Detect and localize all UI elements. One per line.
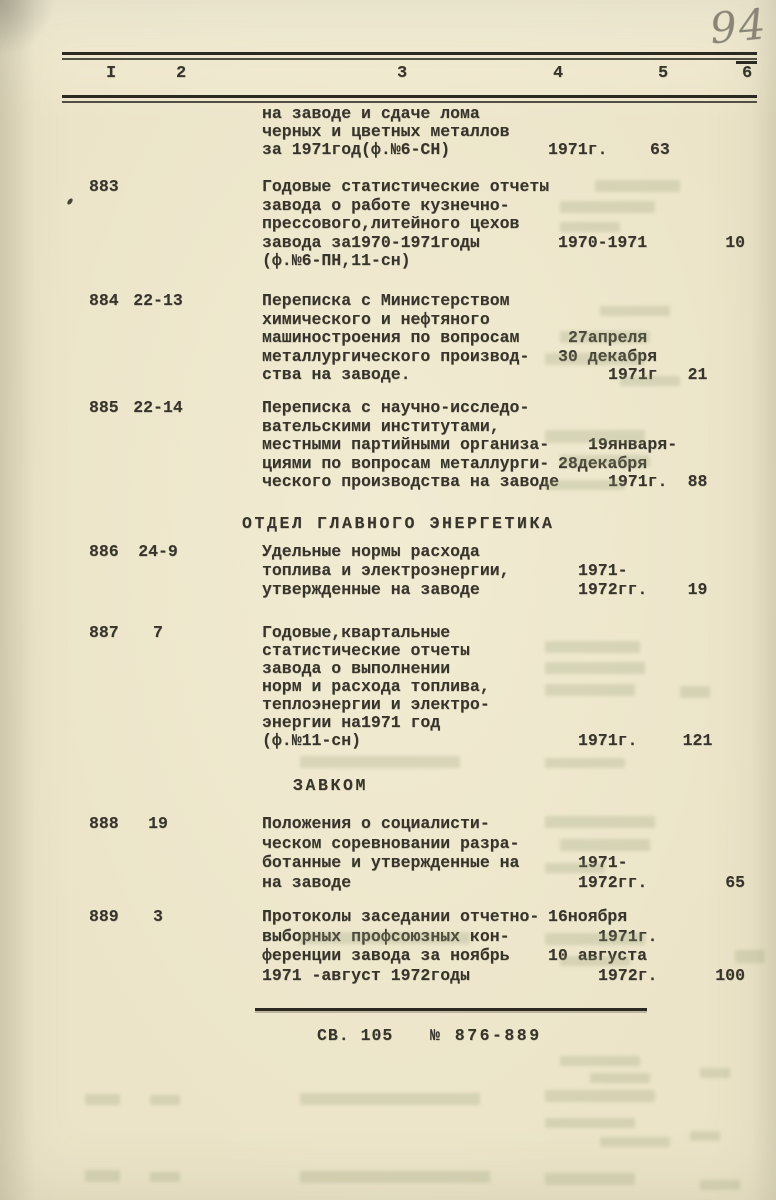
section-heading-factory-committee: ЗАВКОМ xyxy=(293,776,368,795)
sheet-count-cell: 19 xyxy=(650,580,745,599)
page-number-handwritten: 94 xyxy=(708,0,770,53)
date-cell: 1970-1971 xyxy=(558,233,647,252)
entry-line: местными партийными организа-19января- xyxy=(0,435,776,454)
description-line: химического и нефтяного xyxy=(262,310,490,329)
description-line: (ф.№11-сн) xyxy=(262,731,361,750)
column-header-2: 2 xyxy=(176,64,186,83)
entry-line: черных и цветных металлов xyxy=(0,122,776,140)
description-line: (ф.№6-ПН,11-сн) xyxy=(262,251,411,270)
entry-line: прессового,литейного цехов xyxy=(0,214,776,233)
entry-line: завода за1970-1971годы1970-197110 xyxy=(0,233,776,252)
column-header-4: 4 xyxy=(553,64,563,83)
bleedthrough-artifact xyxy=(560,1056,640,1066)
entry-line: ческом соревновании разра- xyxy=(0,834,776,854)
description-line: Годовые,квартальные xyxy=(262,623,450,642)
bleedthrough-artifact xyxy=(600,306,670,316)
bleedthrough-artifact xyxy=(590,1073,650,1083)
description-line: на заводе и сдаче лома xyxy=(262,104,480,123)
bleedthrough-artifact xyxy=(545,1090,655,1102)
bleedthrough-artifact xyxy=(560,201,655,213)
description-line: ческом соревновании разра- xyxy=(262,834,519,853)
bleedthrough-artifact xyxy=(545,1118,635,1128)
bleedthrough-artifact xyxy=(545,662,645,674)
archival-inventory-page: 94 I 2 3 4 5 6 на заводе и сдаче лома че… xyxy=(0,0,776,1200)
footer-rule xyxy=(255,1008,647,1011)
entry-index: 7 xyxy=(112,623,204,642)
entry-line: металлургического производ-30 декабря xyxy=(0,347,776,366)
entry-line: на заводе1972гг.65 xyxy=(0,873,776,893)
bleedthrough-artifact xyxy=(300,756,460,768)
bleedthrough-artifact xyxy=(680,686,710,698)
bleedthrough-artifact xyxy=(690,1131,720,1141)
inventory-entry-888: 88819Положения о социалисти- ческом соре… xyxy=(0,814,776,892)
date-cell: 1971г. xyxy=(578,731,637,750)
table-rule-top xyxy=(62,52,757,60)
column-header-6: 6 xyxy=(742,64,752,83)
description-line: завода о работе кузнечно- xyxy=(262,196,510,215)
bleedthrough-artifact xyxy=(700,1180,740,1190)
description-line: местными партийными организа- xyxy=(262,435,549,454)
bleedthrough-artifact xyxy=(545,480,625,490)
date-cell: 16ноября xyxy=(548,907,627,926)
description-line: металлургического производ- xyxy=(262,347,529,366)
date-cell: 1971г. xyxy=(548,140,607,159)
description-line: ференции завода за ноябрь xyxy=(262,946,510,965)
description-line: норм и расхода топлива, xyxy=(262,677,490,696)
entry-line: энергии на1971 год xyxy=(0,713,776,731)
description-line: прессового,литейного цехов xyxy=(262,214,519,233)
entry-line: ференции завода за ноябрь10 августа xyxy=(0,946,776,966)
entry-line: норм и расхода топлива, xyxy=(0,677,776,695)
sheet-count-cell: 63 xyxy=(650,140,745,159)
description-line: теплоэнергии и электро- xyxy=(262,695,490,714)
bleedthrough-artifact xyxy=(150,1172,180,1182)
sheet-count-cell: 88 xyxy=(650,472,745,491)
bleedthrough-artifact xyxy=(560,222,620,232)
entry-line: топлива и электроэнергии,1971- xyxy=(0,561,776,580)
date-cell: 1972гг. xyxy=(578,873,647,892)
entry-line: на заводе и сдаче лома xyxy=(0,104,776,122)
entry-line: статистические отчеты xyxy=(0,641,776,659)
entry-index: 3 xyxy=(112,907,204,926)
entry-index: 24-9 xyxy=(112,542,204,561)
entry-line: 8877Годовые,квартальные xyxy=(0,623,776,641)
entry-line: (ф.№11-сн)1971г.121 xyxy=(0,731,776,749)
sheet-count-cell: 65 xyxy=(650,873,745,892)
description-line: ботанные и утвержденные на xyxy=(262,853,519,872)
entry-line: ческого производства на заводе1971г.88 xyxy=(0,472,776,491)
bleedthrough-artifact xyxy=(85,1094,120,1105)
inventory-entry-886: 88624-9Удельные нормы расхода топлива и … xyxy=(0,542,776,599)
bleedthrough-artifact xyxy=(560,455,650,467)
column-header-1: I xyxy=(106,64,116,83)
inventory-entry-889: 8893Протоколы заседании отчетно-16ноября… xyxy=(0,907,776,985)
description-line: вательскими институтами, xyxy=(262,417,500,436)
sheet-count-cell: 100 xyxy=(650,966,745,985)
description-line: Положения о социалисти- xyxy=(262,814,490,833)
description-line: за 1971год(ф.№6-СН) xyxy=(262,140,450,159)
entry-number: 883 xyxy=(89,177,119,196)
sheet-count-cell: 10 xyxy=(650,233,745,252)
entry-line: 1971 -август 1972годы1972г.100 xyxy=(0,966,776,986)
column-header-5: 5 xyxy=(658,64,668,83)
entry-line: утвержденные на заводе1972гг.19 xyxy=(0,580,776,599)
description-line: циями по вопросам металлурги- xyxy=(262,454,549,473)
bleedthrough-artifact xyxy=(300,1171,490,1183)
inventory-entry-884: 88422-13Переписка с Министерством химиче… xyxy=(0,291,776,384)
bleedthrough-artifact xyxy=(600,1137,670,1147)
description-line: Удельные нормы расхода xyxy=(262,542,480,561)
entry-line: 8893Протоколы заседании отчетно-16ноября xyxy=(0,907,776,927)
description-line: Годовые статистические отчеты xyxy=(262,177,549,196)
entry-line: 88522-14Переписка с научно-исследо- xyxy=(0,398,776,417)
description-line: черных и цветных металлов xyxy=(262,122,510,141)
description-line: статистические отчеты xyxy=(262,641,470,660)
date-cell: 1972г. xyxy=(598,966,657,985)
bleedthrough-artifact xyxy=(620,376,680,386)
bleedthrough-artifact xyxy=(560,331,650,343)
bleedthrough-artifact xyxy=(595,180,680,192)
bleedthrough-artifact xyxy=(150,1095,180,1105)
bleedthrough-artifact xyxy=(300,1093,480,1105)
description-line: завода о выполнении xyxy=(262,659,450,678)
description-line: топлива и электроэнергии, xyxy=(262,561,510,580)
bleedthrough-artifact xyxy=(545,758,625,768)
entries-range-label: № 876-889 xyxy=(430,1026,542,1045)
table-rule-below-headers xyxy=(62,95,757,103)
bleedthrough-artifact xyxy=(545,684,635,696)
entry-index: 22-14 xyxy=(112,398,204,417)
bleedthrough-artifact xyxy=(85,1170,120,1182)
description-line: энергии на1971 год xyxy=(262,713,440,732)
inventory-entry-887: 8877Годовые,квартальные статистические о… xyxy=(0,623,776,749)
bleedthrough-artifact xyxy=(560,956,630,966)
bleedthrough-artifact xyxy=(545,863,605,873)
bundle-label: СВ. 105 xyxy=(317,1026,393,1045)
entry-index: 19 xyxy=(112,814,204,833)
entry-line: циями по вопросам металлурги-28декабря xyxy=(0,454,776,473)
entry-line: ботанные и утвержденные на1971- xyxy=(0,853,776,873)
date-cell: 1971- xyxy=(578,561,628,580)
entry-line: завода о выполнении xyxy=(0,659,776,677)
entry-line: вательскими институтами, xyxy=(0,417,776,436)
entry-line: 88624-9Удельные нормы расхода xyxy=(0,542,776,561)
inventory-entry-continuation: на заводе и сдаче лома черных и цветных … xyxy=(0,104,776,158)
entry-line: завода о работе кузнечно- xyxy=(0,196,776,215)
bleedthrough-artifact xyxy=(735,950,765,963)
bleedthrough-artifact xyxy=(545,933,645,945)
description-line: 1971 -август 1972годы xyxy=(262,966,470,985)
date-cell: 1972гг. xyxy=(578,580,647,599)
description-line: ческого производства на заводе xyxy=(262,472,559,491)
entry-line: теплоэнергии и электро- xyxy=(0,695,776,713)
entry-line: за 1971год(ф.№6-СН)1971г.63 xyxy=(0,140,776,158)
bleedthrough-artifact xyxy=(545,1173,635,1185)
bleedthrough-artifact xyxy=(300,932,470,944)
description-line: Протоколы заседании отчетно- xyxy=(262,907,539,926)
bleedthrough-artifact xyxy=(560,839,650,851)
entry-index: 22-13 xyxy=(112,291,204,310)
description-line: утвержденные на заводе xyxy=(262,580,480,599)
entry-line: (ф.№6-ПН,11-сн) xyxy=(0,251,776,270)
entry-line: 88819Положения о социалисти- xyxy=(0,814,776,834)
description-line: на заводе xyxy=(262,873,351,892)
description-line: Переписка с Министерством xyxy=(262,291,510,310)
entry-line: машиностроения по вопросам27апреля xyxy=(0,328,776,347)
bleedthrough-artifact xyxy=(545,430,645,443)
description-line: машиностроения по вопросам xyxy=(262,328,519,347)
description-line: Переписка с научно-исследо- xyxy=(262,398,529,417)
sheet-count-cell: 121 xyxy=(650,731,745,750)
description-line: завода за1970-1971годы xyxy=(262,233,480,252)
section-heading-chief-power-engineer: ОТДЕЛ ГЛАВНОГО ЭНЕРГЕТИКА xyxy=(242,514,555,533)
bleedthrough-artifact xyxy=(545,641,640,653)
bleedthrough-artifact xyxy=(545,353,645,365)
column-header-3: 3 xyxy=(397,64,407,83)
description-line: ства на заводе. xyxy=(262,365,411,384)
bleedthrough-artifact xyxy=(545,816,655,828)
inventory-entry-885: 88522-14Переписка с научно-исследо- вате… xyxy=(0,398,776,491)
bleedthrough-artifact xyxy=(700,1068,730,1078)
